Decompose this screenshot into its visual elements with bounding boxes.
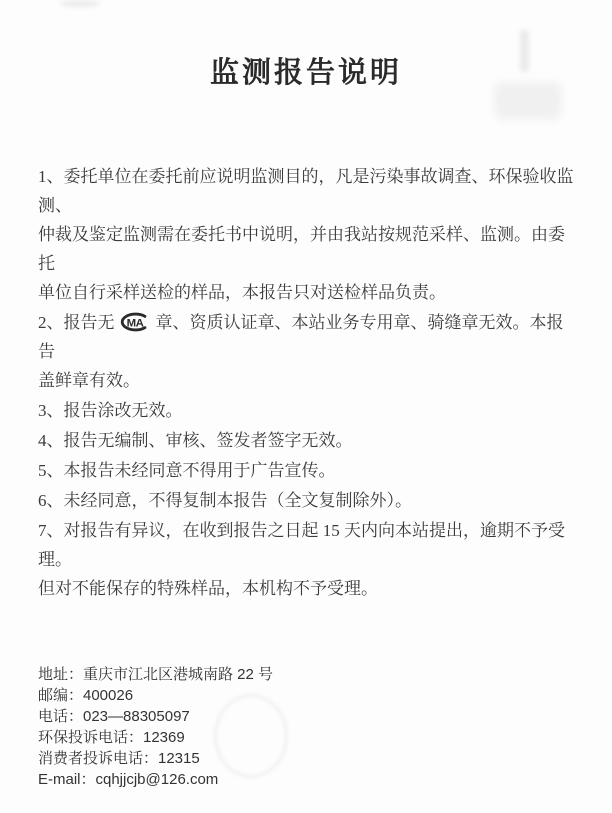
footer-address: 地址：重庆市江北区港城南路 22 号 <box>38 664 273 685</box>
note-item-2: 2、报告无MA章、资质认证章、本站业务专用章、骑缝章无效。本报告 盖鲜章有效。 <box>38 308 579 395</box>
footer-env-complaint-phone: 环保投诉电话：12369 <box>38 727 273 748</box>
note-item-3: 3、报告涂改无效。 <box>38 396 579 425</box>
page-title: 监测报告说明 <box>0 50 612 91</box>
note-item-1: 1、委托单位在委托前应说明监测目的，凡是污染事故调查、环保验收监测、 仲裁及鉴定… <box>38 162 579 307</box>
contact-info-block: 地址：重庆市江北区港城南路 22 号 邮编：400026 电话：023—8830… <box>38 664 273 790</box>
note-item-2-text-before: 2、报告无 <box>38 313 115 332</box>
footer-phone: 电话：023—88305097 <box>38 706 273 727</box>
note-item-6: 6、未经同意，不得复制本报告（全文复制除外）。 <box>38 486 579 515</box>
footer-consumer-complaint-phone: 消费者投诉电话：12315 <box>38 748 273 769</box>
note-item-2-text-after: 章、资质认证章、本站业务专用章、骑缝章无效。本报告 盖鲜章有效。 <box>38 313 564 390</box>
cma-mark-letters: MA <box>126 317 143 329</box>
cma-certification-mark-icon: MA <box>119 312 152 332</box>
scanned-document-page: 监测报告说明 1、委托单位在委托前应说明监测目的，凡是污染事故调查、环保验收监测… <box>0 0 612 813</box>
footer-postcode: 邮编：400026 <box>38 685 273 706</box>
note-item-7: 7、对报告有异议，在收到报告之日起 15 天内向本站提出，逾期不予受理。 但对不… <box>38 516 579 603</box>
note-item-4: 4、报告无编制、审核、签发者签字无效。 <box>38 426 579 455</box>
footer-email: E-mail：cqhjjcjb@126.com <box>38 769 273 790</box>
scan-smudge-top-left <box>60 0 100 7</box>
note-item-5: 5、本报告未经同意不得用于广告宣传。 <box>38 456 579 485</box>
report-notes-list: 1、委托单位在委托前应说明监测目的，凡是污染事故调查、环保验收监测、 仲裁及鉴定… <box>38 162 579 603</box>
